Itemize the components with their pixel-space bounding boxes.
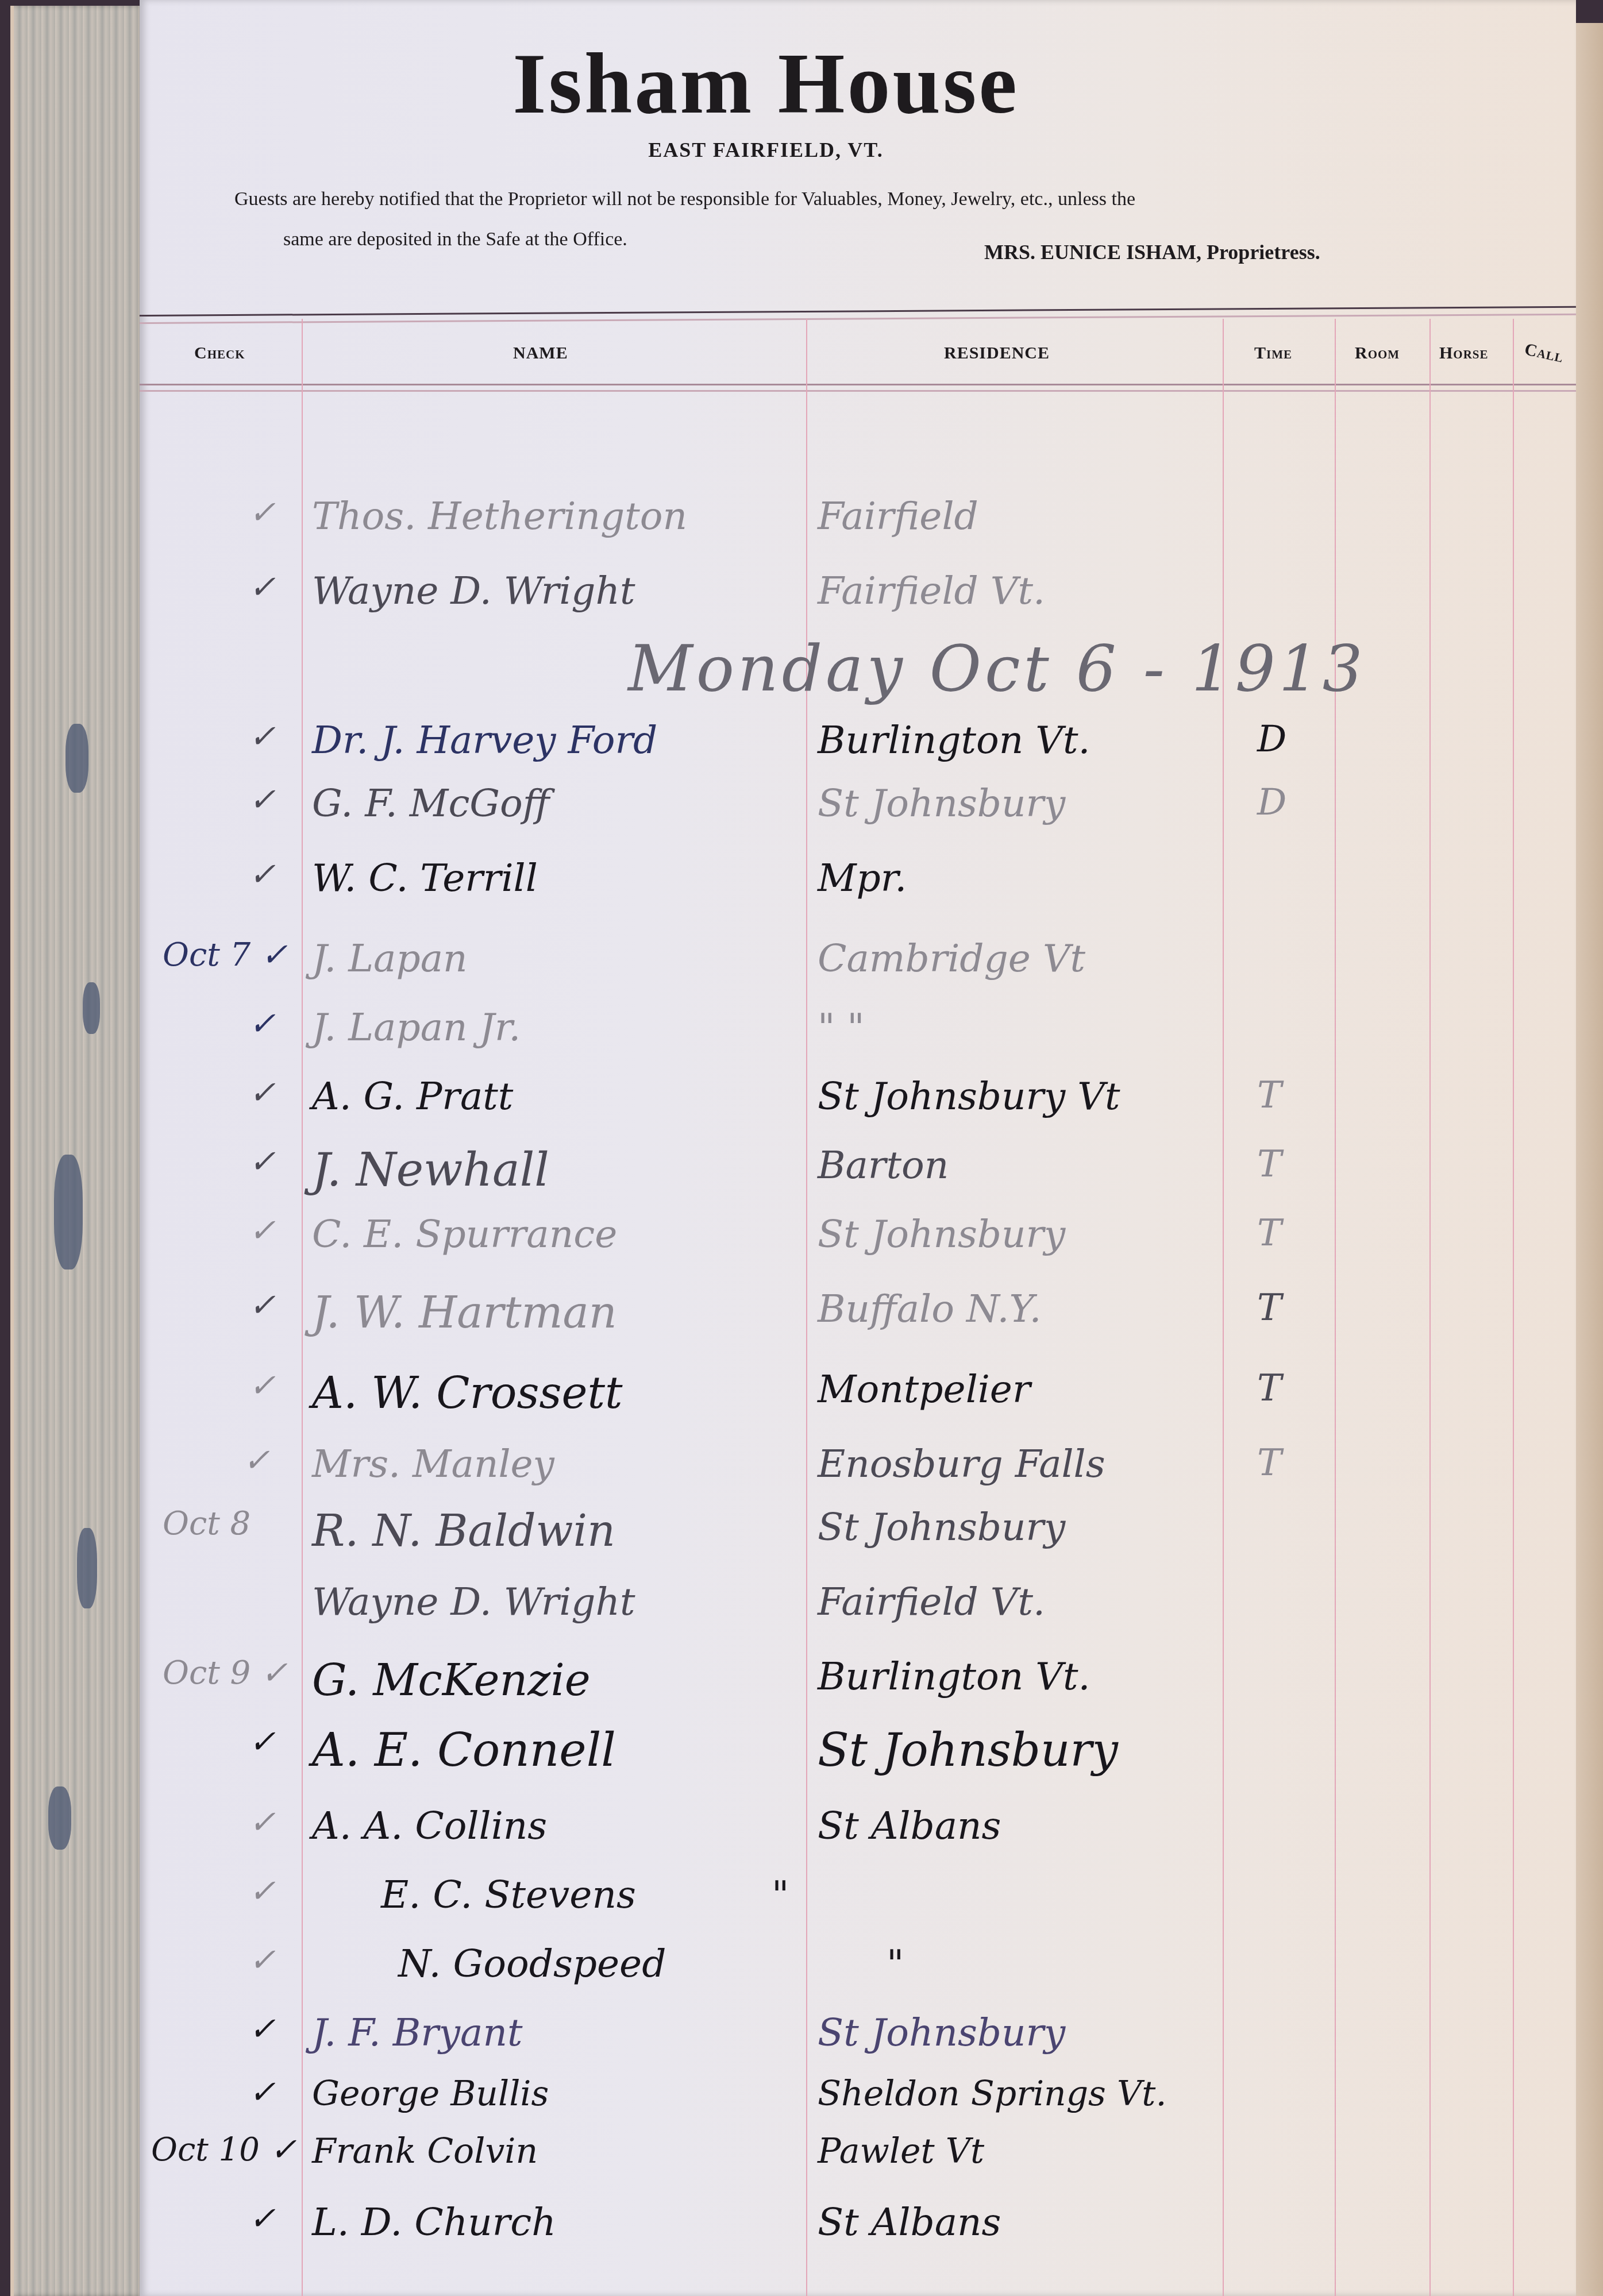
guest-name: J. F. Bryant bbox=[312, 2011, 522, 2055]
check-mark: Oct 9 ✓ bbox=[163, 1654, 288, 1692]
guest-residence: Fairfield Vt. bbox=[818, 1580, 1045, 1624]
register-entry: Oct 8 R. N. Baldwin St Johnsbury bbox=[140, 1505, 1576, 1557]
register-entry: ✓ Wayne D. Wright Fairfield Vt. bbox=[140, 569, 1576, 620]
register-entry: ✓ J. F. Bryant St Johnsbury bbox=[140, 2011, 1576, 2062]
register-entry: Wayne D. Wright Fairfield Vt. bbox=[140, 1580, 1576, 1631]
ink-stain bbox=[83, 982, 100, 1034]
ink-stain bbox=[48, 1786, 71, 1850]
check-mark: ✓ bbox=[249, 1212, 276, 1249]
guest-name: R. N. Baldwin bbox=[312, 1505, 615, 1556]
register-entry: Oct 10 ✓ Frank Colvin Pawlet Vt bbox=[140, 2131, 1576, 2183]
column-residence: RESIDENCE bbox=[944, 344, 1050, 363]
time-mark: T bbox=[1257, 1367, 1282, 1410]
guest-name: J. W. Hartman bbox=[312, 1287, 617, 1338]
register-entry: ✓ A. E. Connell St Johnsbury bbox=[140, 1723, 1576, 1775]
guest-residence: St Johnsbury bbox=[818, 2011, 1065, 2055]
guest-residence: Mpr. bbox=[818, 856, 907, 900]
check-mark: ✓ bbox=[249, 1804, 276, 1841]
register-entry: ✓ J. W. Hartman Buffalo N.Y. T bbox=[140, 1287, 1576, 1338]
guest-name: E. C. Stevens bbox=[381, 1873, 636, 1917]
check-mark: ✓ bbox=[249, 718, 276, 755]
column-check: Check bbox=[194, 344, 245, 363]
check-mark: ✓ bbox=[249, 1143, 276, 1180]
notice-line-1: Guests are hereby notified that the Prop… bbox=[234, 188, 1135, 210]
check-mark: Oct 8 bbox=[163, 1505, 251, 1542]
guest-name: L. D. Church bbox=[312, 2200, 556, 2244]
guest-name: Mrs. Manley bbox=[312, 1442, 554, 1486]
column-horse: Horse bbox=[1439, 344, 1489, 363]
register-page: Isham House EAST FAIRFIELD, VT. Guests a… bbox=[140, 0, 1576, 2296]
guest-name: G. McKenzie bbox=[312, 1654, 591, 1705]
guest-name: N. Goodspeed bbox=[398, 1942, 666, 1986]
guest-name: G. F. McGoff bbox=[312, 781, 550, 825]
notice-line-2: same are deposited in the Safe at the Of… bbox=[283, 229, 627, 250]
ink-stain bbox=[65, 724, 88, 793]
guest-residence: Buffalo N.Y. bbox=[818, 1287, 1042, 1331]
guest-residence: Fairfield bbox=[818, 494, 978, 538]
register-entry: Oct 9 ✓ G. McKenzie Burlington Vt. bbox=[140, 1654, 1576, 1706]
register-entry: ✓ Thos. Hetherington Fairfield bbox=[140, 494, 1576, 546]
register-entry: ✓ Dr. J. Harvey Ford Burlington Vt. D bbox=[140, 718, 1576, 770]
guest-name: A. E. Connell bbox=[312, 1723, 616, 1777]
guest-residence: " bbox=[772, 1873, 789, 1917]
guest-name: J. Newhall bbox=[312, 1143, 549, 1197]
time-mark: T bbox=[1257, 1212, 1282, 1255]
guest-name: C. E. Spurrance bbox=[312, 1212, 617, 1256]
check-mark: ✓ bbox=[249, 856, 276, 893]
page-stack-edge bbox=[10, 6, 143, 2296]
check-mark: ✓ bbox=[249, 781, 276, 819]
proprietress: MRS. EUNICE ISHAM, Proprietress. bbox=[984, 240, 1320, 264]
date-heading: Monday Oct 6 - 1913 bbox=[628, 632, 1366, 705]
right-page-edge bbox=[1576, 23, 1603, 2296]
guest-name: Thos. Hetherington bbox=[312, 494, 687, 538]
register-entry: ✓ N. Goodspeed " bbox=[140, 1942, 1576, 1993]
guest-residence: St Johnsbury bbox=[818, 1212, 1065, 1256]
check-mark: Oct 10 ✓ bbox=[151, 2131, 297, 2168]
guest-name: A. A. Collins bbox=[312, 1804, 547, 1848]
guest-residence: St Johnsbury bbox=[818, 1723, 1118, 1777]
guest-residence: Burlington Vt. bbox=[818, 718, 1090, 762]
ink-stain bbox=[54, 1155, 83, 1269]
check-mark: ✓ bbox=[249, 2200, 276, 2237]
register-entry: ✓ Mrs. Manley Enosburg Falls T bbox=[140, 1442, 1576, 1494]
guest-residence: " " bbox=[818, 1005, 865, 1049]
register-entry: ✓ A. G. Pratt St Johnsbury Vt T bbox=[140, 1074, 1576, 1126]
page-header: Isham House EAST FAIRFIELD, VT. Guests a… bbox=[140, 0, 1576, 310]
guest-residence: Fairfield Vt. bbox=[818, 569, 1045, 613]
guest-name: Wayne D. Wright bbox=[312, 569, 635, 613]
column-name: NAME bbox=[513, 344, 568, 363]
column-call: Call bbox=[1523, 339, 1565, 367]
register-entry: ✓ J. Newhall Barton T bbox=[140, 1143, 1576, 1195]
column-time: Time bbox=[1254, 344, 1292, 363]
time-mark: T bbox=[1257, 1442, 1282, 1484]
time-mark: T bbox=[1257, 1287, 1282, 1329]
time-mark: T bbox=[1257, 1143, 1282, 1186]
guest-residence: Cambridge Vt bbox=[818, 936, 1085, 981]
header-rule-bottom bbox=[140, 384, 1576, 392]
register-entry: ✓ G. F. McGoff St Johnsbury D bbox=[140, 781, 1576, 833]
guest-residence: Pawlet Vt bbox=[818, 2131, 984, 2171]
guest-residence: Barton bbox=[818, 1143, 949, 1187]
guest-residence: Montpelier bbox=[818, 1367, 1030, 1411]
guest-residence: Enosburg Falls bbox=[818, 1442, 1105, 1486]
guest-residence: St Johnsbury bbox=[818, 1505, 1065, 1549]
check-mark: ✓ bbox=[249, 1723, 276, 1761]
check-mark: ✓ bbox=[249, 494, 276, 531]
check-mark: ✓ bbox=[249, 569, 276, 606]
register-entry: ✓ A. W. Crossett Montpelier T bbox=[140, 1367, 1576, 1419]
check-mark: ✓ bbox=[249, 1005, 276, 1043]
register-entry: ✓ W. C. Terrill Mpr. bbox=[140, 856, 1576, 908]
column-room: Room bbox=[1355, 344, 1400, 363]
guest-residence: St Albans bbox=[818, 2200, 1001, 2244]
guest-residence: " bbox=[887, 1942, 904, 1986]
time-mark: T bbox=[1257, 1074, 1282, 1117]
hotel-location: EAST FAIRFIELD, VT. bbox=[329, 138, 1203, 162]
check-mark: ✓ bbox=[249, 2074, 276, 2111]
guest-residence: St Johnsbury bbox=[818, 781, 1065, 825]
hotel-name: Isham House bbox=[329, 34, 1203, 133]
check-mark: ✓ bbox=[249, 1367, 276, 1404]
guest-residence: St Johnsbury Vt bbox=[818, 1074, 1120, 1118]
guest-name: W. C. Terrill bbox=[312, 856, 538, 900]
guest-name: A. W. Crossett bbox=[312, 1367, 623, 1418]
guest-name: George Bullis bbox=[312, 2074, 549, 2114]
check-mark: ✓ bbox=[243, 1442, 270, 1479]
check-mark: ✓ bbox=[249, 1873, 276, 1910]
check-mark: Oct 7 ✓ bbox=[163, 936, 288, 974]
register-entry: ✓ J. Lapan Jr. " " bbox=[140, 1005, 1576, 1057]
register-entry: Oct 7 ✓ J. Lapan Cambridge Vt bbox=[140, 936, 1576, 988]
guest-name: J. Lapan Jr. bbox=[312, 1005, 521, 1049]
guest-name: Wayne D. Wright bbox=[312, 1580, 635, 1624]
register-entry: ✓ George Bullis Sheldon Springs Vt. bbox=[140, 2074, 1576, 2125]
guest-residence: Burlington Vt. bbox=[818, 1654, 1090, 1699]
check-mark: ✓ bbox=[249, 1074, 276, 1112]
ink-stain bbox=[77, 1528, 97, 1608]
guest-name: Frank Colvin bbox=[312, 2131, 538, 2171]
time-mark: D bbox=[1257, 781, 1286, 824]
register-entry: ✓ A. A. Collins St Albans bbox=[140, 1804, 1576, 1855]
time-mark: D bbox=[1257, 718, 1286, 761]
guest-name: J. Lapan bbox=[312, 936, 468, 981]
guest-residence: St Albans bbox=[818, 1804, 1001, 1848]
check-mark: ✓ bbox=[249, 1942, 276, 1979]
register-entry: ✓ E. C. Stevens " bbox=[140, 1873, 1576, 1924]
guest-name: A. G. Pratt bbox=[312, 1074, 513, 1118]
register-entry: ✓ L. D. Church St Albans bbox=[140, 2200, 1576, 2252]
check-mark: ✓ bbox=[249, 1287, 276, 1324]
register-entry: ✓ C. E. Spurrance St Johnsbury T bbox=[140, 1212, 1576, 1264]
guest-name: Dr. J. Harvey Ford bbox=[312, 718, 657, 762]
guest-residence: Sheldon Springs Vt. bbox=[818, 2074, 1167, 2114]
check-mark: ✓ bbox=[249, 2011, 276, 2048]
